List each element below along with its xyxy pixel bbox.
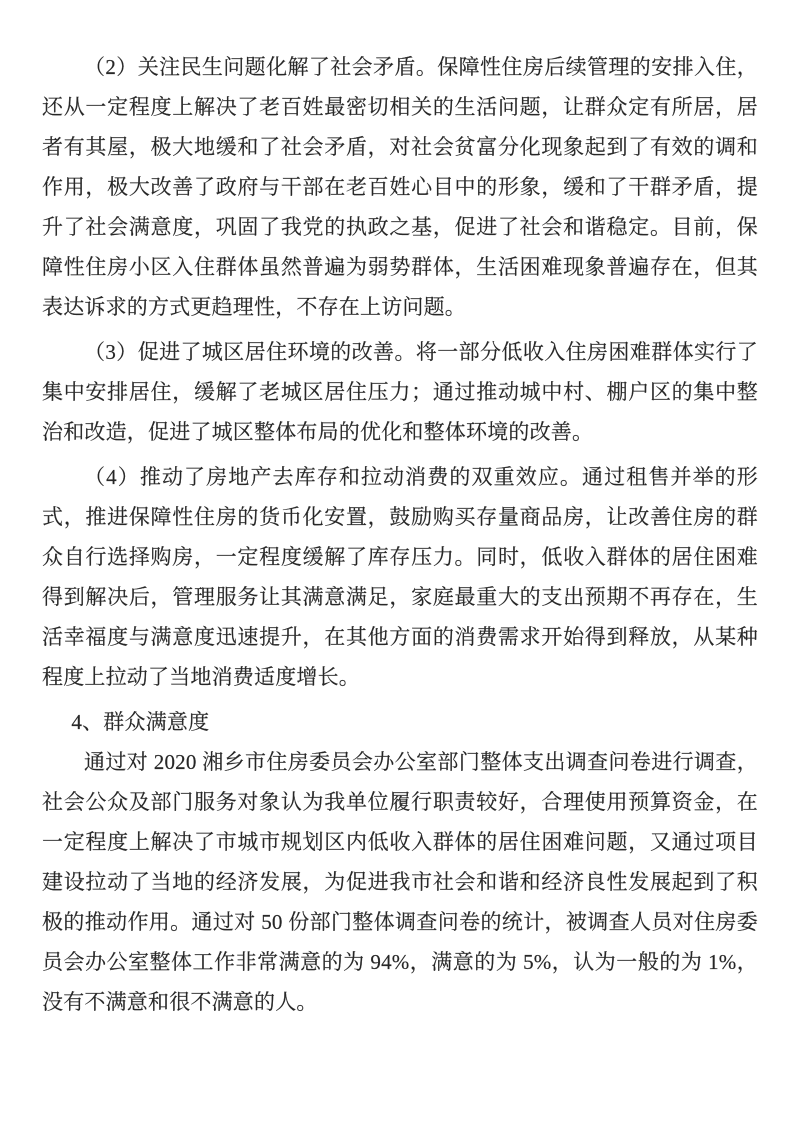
paragraph-survey-results: 通过对 2020 湘乡市住房委员会办公室部门整体支出调查问卷进行调查，社会公众及… bbox=[42, 742, 758, 1022]
paragraph-point-4-real-estate: （4）推动了房地产去库存和拉动消费的双重效应。通过租售并举的形式，推进保障性住房… bbox=[42, 457, 758, 697]
document-page: （2）关注民生问题化解了社会矛盾。保障性住房后续管理的安排入住，还从一定程度上解… bbox=[0, 0, 793, 1122]
paragraph-point-3-urban-environment: （3）促进了城区居住环境的改善。将一部分低收入住房困难群体实行了集中安排居住，缓… bbox=[42, 332, 758, 452]
heading-public-satisfaction: 4、群众满意度 bbox=[42, 702, 758, 742]
paragraph-point-2-social-conflict: （2）关注民生问题化解了社会矛盾。保障性住房后续管理的安排入住，还从一定程度上解… bbox=[42, 47, 758, 327]
document-text-block: （2）关注民生问题化解了社会矛盾。保障性住房后续管理的安排入住，还从一定程度上解… bbox=[42, 47, 758, 1022]
